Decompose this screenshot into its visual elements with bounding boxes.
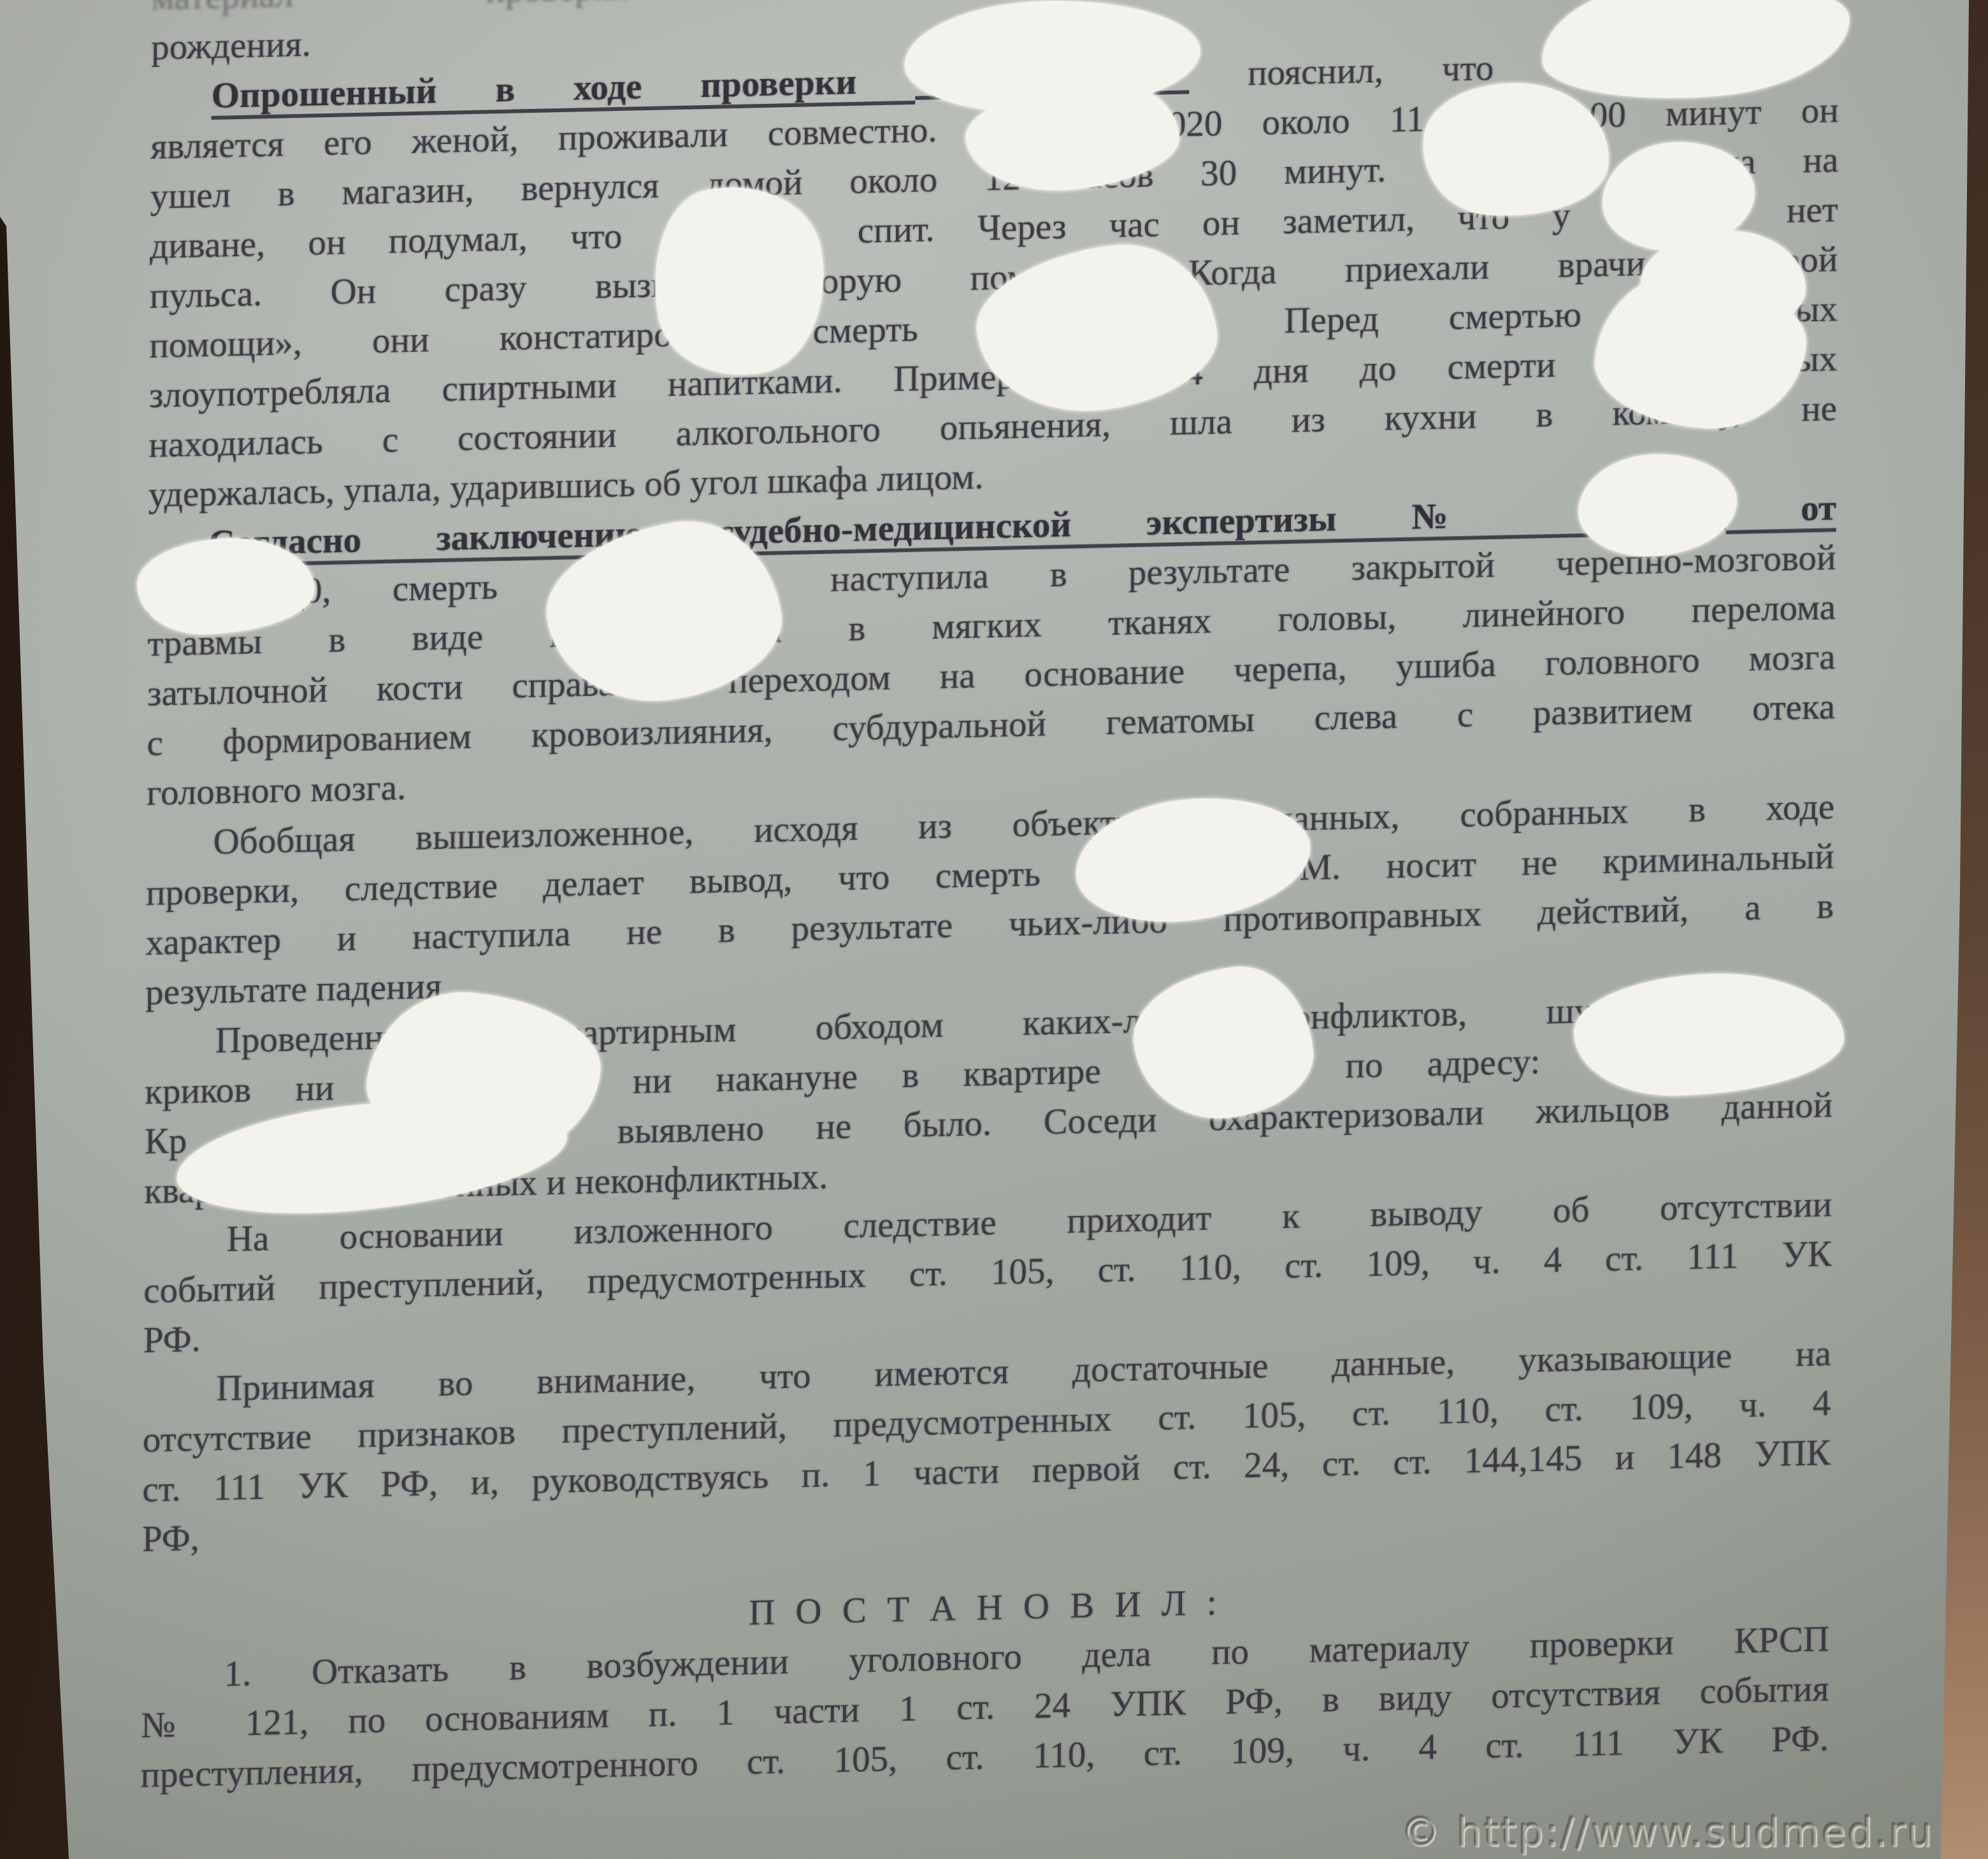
doc-text: РФ. (143, 1319, 201, 1361)
redaction-mark (1588, 519, 1725, 533)
doc-text: 0, смерть (304, 565, 559, 611)
redaction-mark (1433, 171, 1599, 181)
redaction-mark (148, 600, 304, 614)
doc-text: М. носит не криминальный (1299, 836, 1834, 888)
doc-text: ни накануне в квартире (589, 1050, 1146, 1102)
redaction-mark (187, 1138, 556, 1153)
redaction-mark (1086, 873, 1299, 884)
redaction-mark (1552, 66, 1839, 78)
redaction-mark (1145, 1072, 1301, 1081)
watermark: © http://www.sudmed.ru (1401, 1809, 1934, 1855)
redaction-mark (665, 237, 815, 247)
redaction-mark (977, 130, 1168, 141)
document-photo: материал проверки по факту смерти рожден… (0, 0, 1988, 1859)
redaction-mark (378, 1087, 589, 1098)
redaction-mark (1585, 1060, 1833, 1073)
redaction-mark (1613, 217, 1744, 226)
doc-text: диване, он подумал, что (150, 215, 665, 267)
redaction-mark (1606, 365, 1794, 375)
doc-text: результате падения. (145, 966, 451, 1012)
doc-text: Кр (145, 1120, 187, 1161)
doc-text: головного мозга. (147, 768, 407, 814)
document-text-block: материал проверки по факту смерти рожден… (140, 0, 1840, 1800)
doc-text: по адресу: (1301, 1040, 1585, 1087)
doc-text: от (1725, 488, 1836, 535)
doc-text: . Перед смертью (1205, 293, 1652, 343)
redaction-mark (988, 328, 1205, 339)
redaction-mark (559, 586, 769, 597)
doc-text: П О С Т А Н О В И Л : (749, 1582, 1223, 1633)
doc-text: рождения. (151, 24, 311, 68)
doc-text: криков ни (145, 1067, 378, 1112)
doc-text: РФ, (142, 1518, 199, 1559)
doc-text: нет (1744, 189, 1838, 231)
